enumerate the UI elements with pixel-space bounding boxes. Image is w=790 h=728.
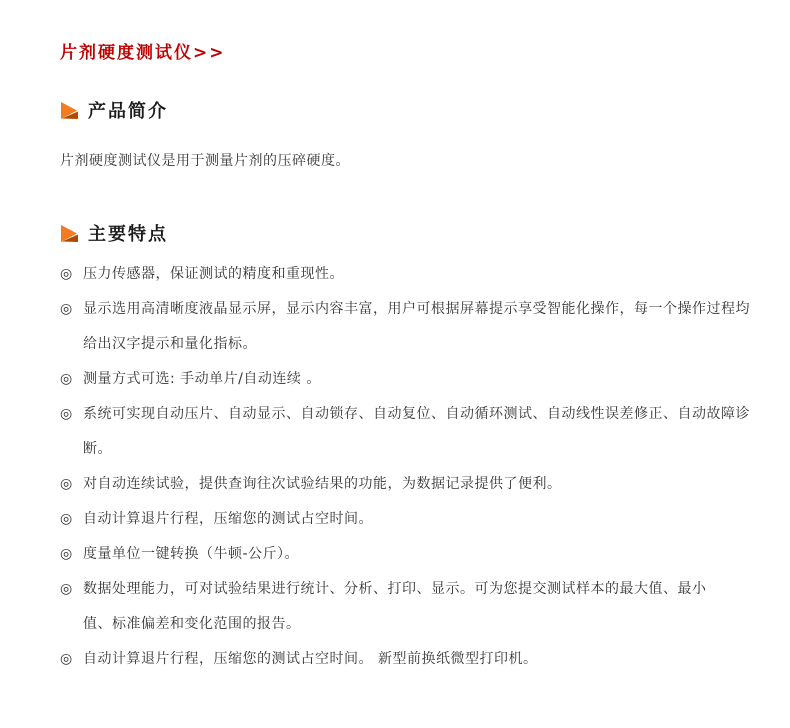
feature-item: ◎ 度量单位一键转换（牛顿-公斤）。: [60, 537, 760, 572]
intro-heading-label: 产品简介: [88, 97, 168, 123]
feature-item: ◎ 数据处理能力，可对试验结果进行统计、分析、打印、显示。可为您提交测试样本的最…: [60, 572, 760, 607]
bullet-icon: ◎: [60, 397, 83, 432]
features-heading: 主要特点: [60, 220, 760, 246]
bullet-spacer: [60, 327, 83, 362]
bullet-spacer: [60, 607, 83, 642]
bullet-icon: ◎: [60, 572, 83, 607]
feature-text: 系统可实现自动压片、自动显示、自动锁存、自动复位、自动循环测试、自动线性误差修正…: [83, 397, 750, 432]
bullet-icon: ◎: [60, 362, 83, 397]
feature-text: 数据处理能力，可对试验结果进行统计、分析、打印、显示。可为您提交测试样本的最大值…: [83, 572, 707, 607]
feature-item: ◎ 自动计算退片行程，压缩您的测试占空时间。 新型前换纸微型打印机。: [60, 642, 760, 677]
intro-heading: 产品简介: [60, 97, 760, 123]
page-content: 片剂硬度测试仪>> 产品简介 片剂硬度测试仪是用于测量片剂的压碎硬度。 主要特点…: [0, 0, 790, 677]
feature-text: 自动计算退片行程，压缩您的测试占空时间。 新型前换纸微型打印机。: [83, 642, 537, 677]
feature-item: ◎ 测量方式可选: 手动单片/自动连续 。: [60, 362, 760, 397]
feature-item-continuation: 给出汉字提示和量化指标。: [60, 327, 760, 362]
intro-body-text: 片剂硬度测试仪是用于测量片剂的压碎硬度。: [60, 150, 760, 170]
feature-text: 压力传感器，保证测试的精度和重现性。: [83, 257, 344, 292]
bullet-icon: ◎: [60, 502, 83, 537]
feature-text: 断。: [83, 432, 112, 467]
feature-text: 值、标准偏差和变化范围的报告。: [83, 607, 301, 642]
bullet-spacer: [60, 432, 83, 467]
features-heading-label: 主要特点: [88, 220, 168, 246]
page-title[interactable]: 片剂硬度测试仪>>: [60, 38, 226, 63]
feature-text: 度量单位一键转换（牛顿-公斤）。: [83, 537, 299, 572]
feature-item: ◎ 显示选用高清晰度液晶显示屏，显示内容丰富，用户可根据屏幕提示享受智能化操作，…: [60, 292, 760, 327]
features-list: ◎ 压力传感器，保证测试的精度和重现性。 ◎ 显示选用高清晰度液晶显示屏，显示内…: [60, 257, 760, 677]
bullet-icon: ◎: [60, 467, 83, 502]
feature-item: ◎ 自动计算退片行程，压缩您的测试占空时间。: [60, 502, 760, 537]
arrow-right-icon: [60, 224, 79, 243]
feature-text: 给出汉字提示和量化指标。: [83, 327, 257, 362]
feature-item: ◎ 对自动连续试验，提供查询往次试验结果的功能，为数据记录提供了便利。: [60, 467, 760, 502]
bullet-icon: ◎: [60, 642, 83, 677]
feature-text: 对自动连续试验，提供查询往次试验结果的功能，为数据记录提供了便利。: [83, 467, 562, 502]
bullet-icon: ◎: [60, 292, 83, 327]
feature-item-continuation: 断。: [60, 432, 760, 467]
feature-text: 显示选用高清晰度液晶显示屏，显示内容丰富，用户可根据屏幕提示享受智能化操作，每一…: [83, 292, 750, 327]
bullet-icon: ◎: [60, 257, 83, 292]
feature-item-continuation: 值、标准偏差和变化范围的报告。: [60, 607, 760, 642]
bullet-icon: ◎: [60, 537, 83, 572]
arrow-right-icon: [60, 101, 79, 120]
feature-item: ◎ 系统可实现自动压片、自动显示、自动锁存、自动复位、自动循环测试、自动线性误差…: [60, 397, 760, 432]
feature-text: 自动计算退片行程，压缩您的测试占空时间。: [83, 502, 373, 537]
feature-text: 测量方式可选: 手动单片/自动连续 。: [83, 362, 321, 397]
feature-item: ◎ 压力传感器，保证测试的精度和重现性。: [60, 257, 760, 292]
